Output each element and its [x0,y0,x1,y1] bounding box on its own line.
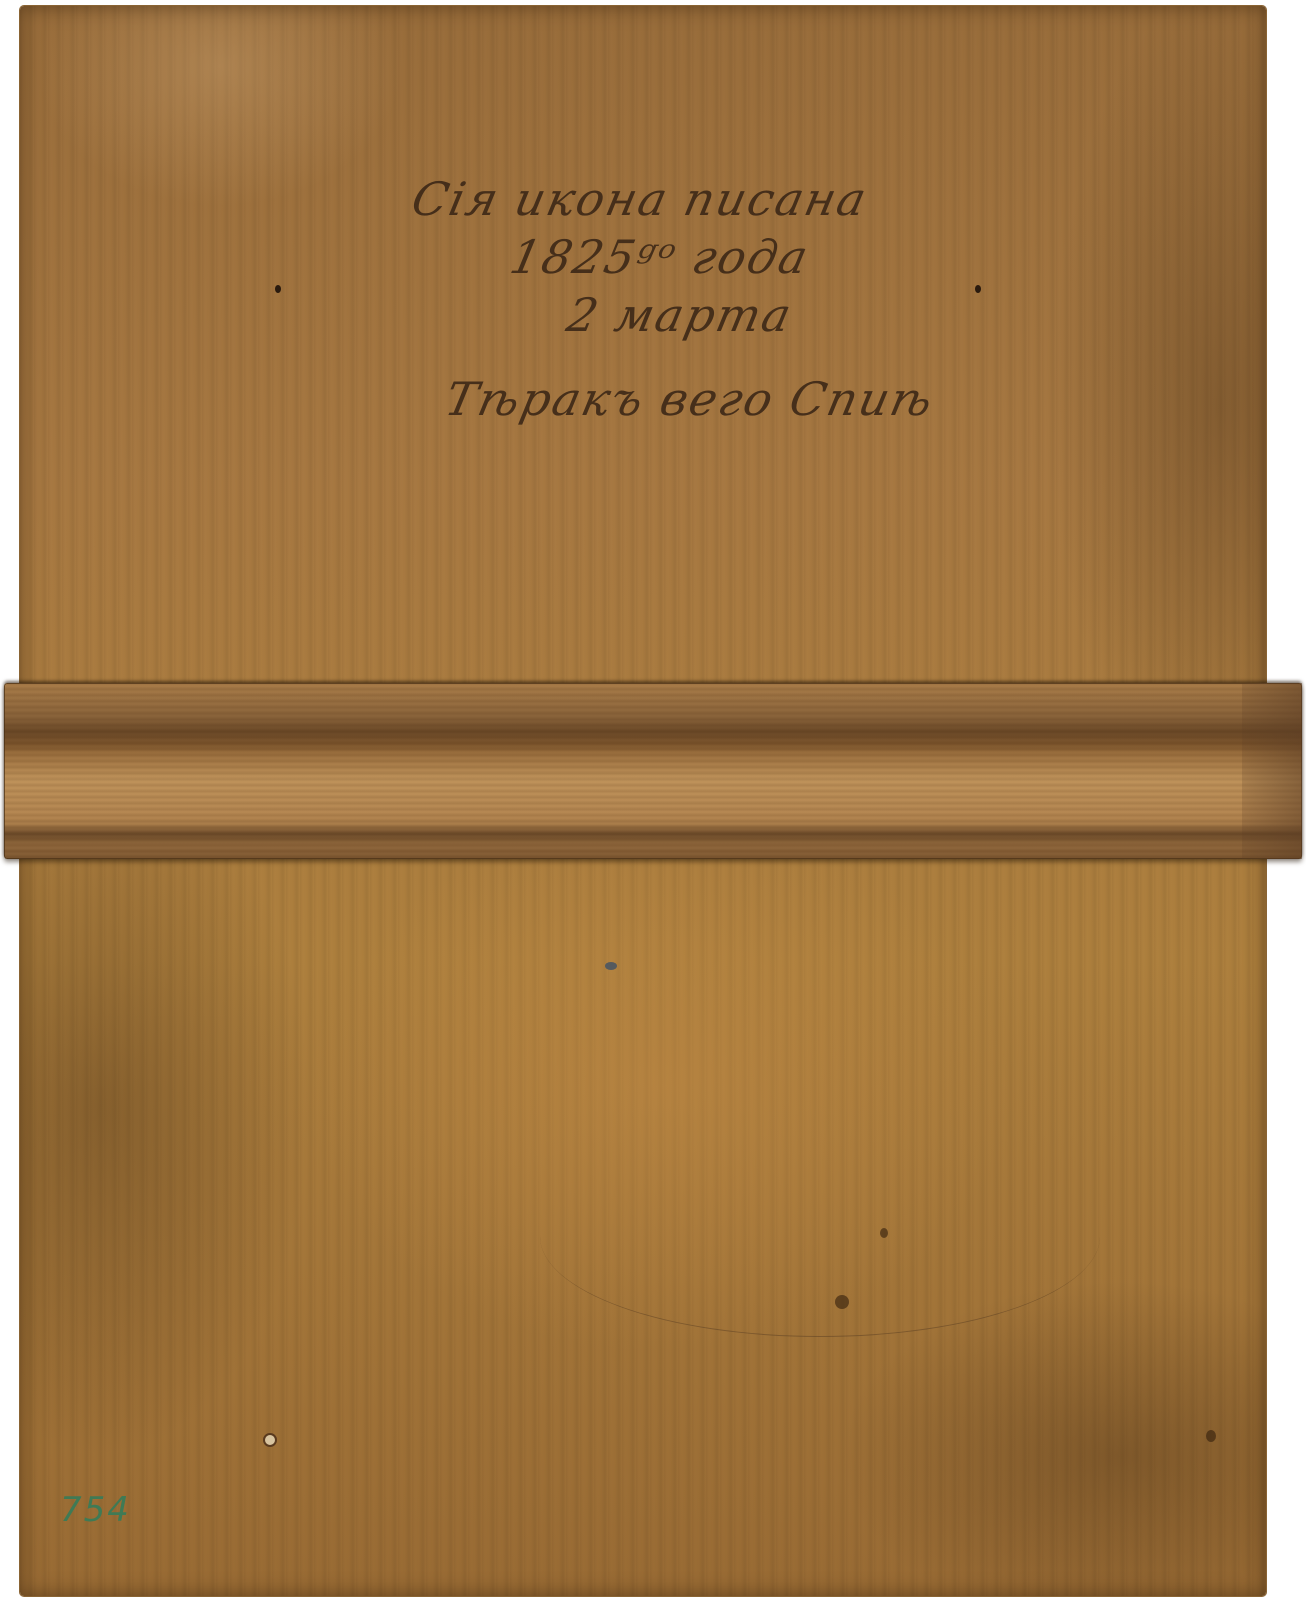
nail-hole [263,1433,277,1447]
crossbar-end [1242,683,1302,859]
knot-mark [605,962,617,970]
stain-mark [835,1295,849,1309]
wooden-crossbar [4,683,1302,859]
inventory-number: 754 [60,1490,131,1530]
inscription-line: Тѣракъ вего Спиѣ [404,370,976,428]
pencil-arc-mark [540,1136,1100,1337]
inscription-line: 1825ᵍᵒ года [344,228,976,286]
handwritten-inscription: Сія икона писана 1825ᵍᵒ года 2 марта Тѣр… [330,170,970,428]
inscription-line: 2 марта [384,286,976,344]
inscription-line: Сія икона писана [304,170,976,228]
nail-hole [275,285,281,293]
stain-mark [880,1228,888,1238]
stain-mark [1206,1430,1216,1442]
